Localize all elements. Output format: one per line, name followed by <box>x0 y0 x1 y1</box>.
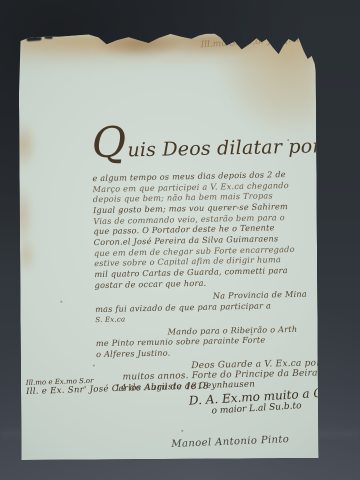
letter-body: Quis Deos dilatar por mi e algum tempo o… <box>91 121 325 394</box>
archivist-name-annotation: Manoel Antonio Pinto <box>171 434 289 450</box>
top-right-inscription: Ill.mo S.r D.or Joaq.m <box>200 35 299 51</box>
top-edge-stain <box>19 33 316 71</box>
letter-opening-line: Quis Deos dilatar por mi <box>91 121 320 173</box>
foxing-speck <box>93 365 95 367</box>
ink-smudge <box>26 36 41 41</box>
ink-smudge <box>44 36 52 39</box>
manuscript-paper: Ill.mo S.r D.or Joaq.m Quis Deos dilatar… <box>19 33 319 460</box>
foxing-speck <box>60 301 62 303</box>
left-edge-stain <box>15 95 46 275</box>
photo-of-manuscript: Ill.mo S.r D.or Joaq.m Quis Deos dilatar… <box>0 0 360 480</box>
foxing-speck <box>181 430 183 432</box>
